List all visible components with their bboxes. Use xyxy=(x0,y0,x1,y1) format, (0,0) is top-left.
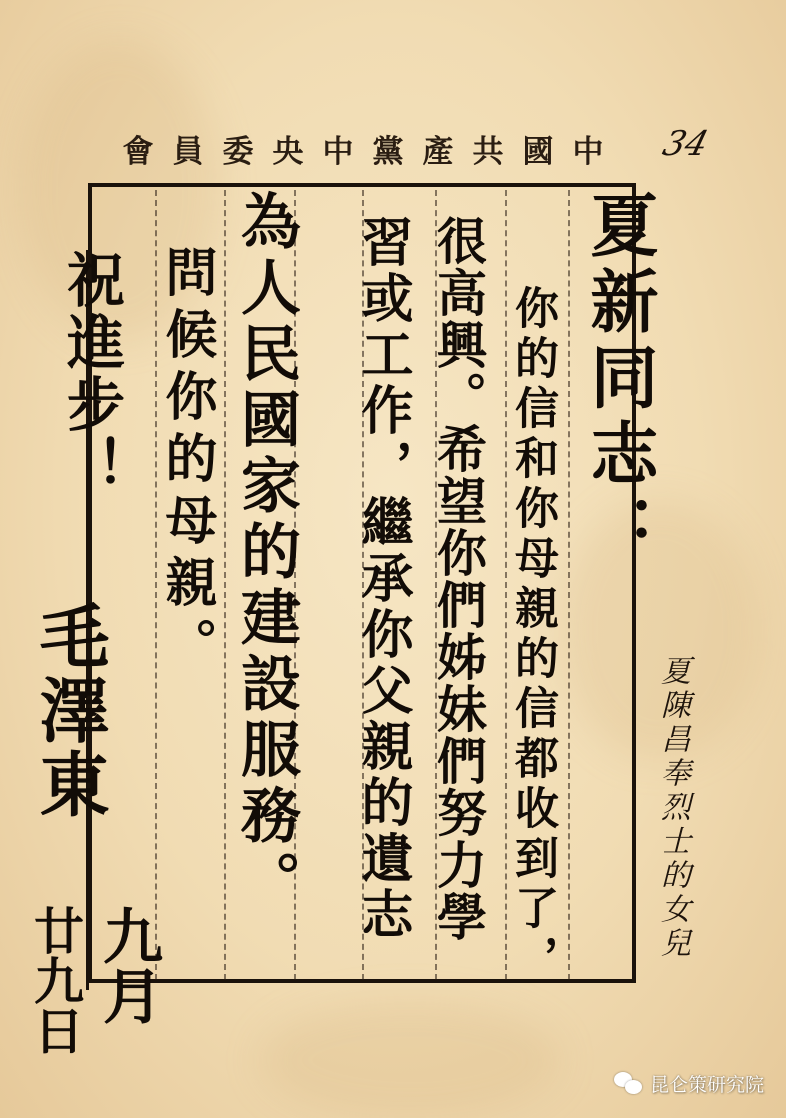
letter-line-5: 問候你的母親。 xyxy=(160,245,212,679)
letter-line-2: 很高興。希望你們姊妹們努力學 xyxy=(433,215,483,943)
letter-line-1: 你的信和你母親的信都收到了， xyxy=(510,285,554,985)
column-rule xyxy=(568,190,570,980)
letterhead-char: 委 xyxy=(218,126,258,171)
letter-line-3: 習或工作，繼承你父親的遺志 xyxy=(356,215,408,943)
watermark-text: 昆仑策研究院 xyxy=(650,1070,764,1097)
column-rule xyxy=(224,190,226,980)
date-month: 九月 xyxy=(98,905,158,1025)
letterhead-char: 員 xyxy=(168,126,208,171)
wechat-icon xyxy=(614,1072,644,1096)
page-number: 34 xyxy=(659,124,713,164)
signature: 毛澤東 xyxy=(34,600,104,822)
salutation: 夏新同志： xyxy=(585,190,653,570)
date-day: 廿九日 xyxy=(30,905,80,1055)
closing-line: 祝進步！ xyxy=(62,250,120,498)
margin-annotation: 夏陳昌奉烈士的女兒 xyxy=(650,655,694,961)
letterhead-char: 產 xyxy=(418,126,458,171)
letter-line-4: 為人民國家的建設服務。 xyxy=(236,190,296,916)
letterhead: 會 員 委 央 中 黨 產 共 國 中 xyxy=(118,128,608,168)
paper-stain xyxy=(260,1000,560,1118)
letterhead-char: 黨 xyxy=(368,126,408,171)
letterhead-char: 共 xyxy=(468,126,508,171)
letterhead-char: 國 xyxy=(518,126,558,171)
letterhead-char: 會 xyxy=(118,126,158,171)
letterhead-char: 中 xyxy=(568,126,608,171)
letterhead-char: 央 xyxy=(268,126,308,171)
letterhead-char: 中 xyxy=(318,126,358,171)
watermark: 昆仑策研究院 xyxy=(614,1070,764,1097)
